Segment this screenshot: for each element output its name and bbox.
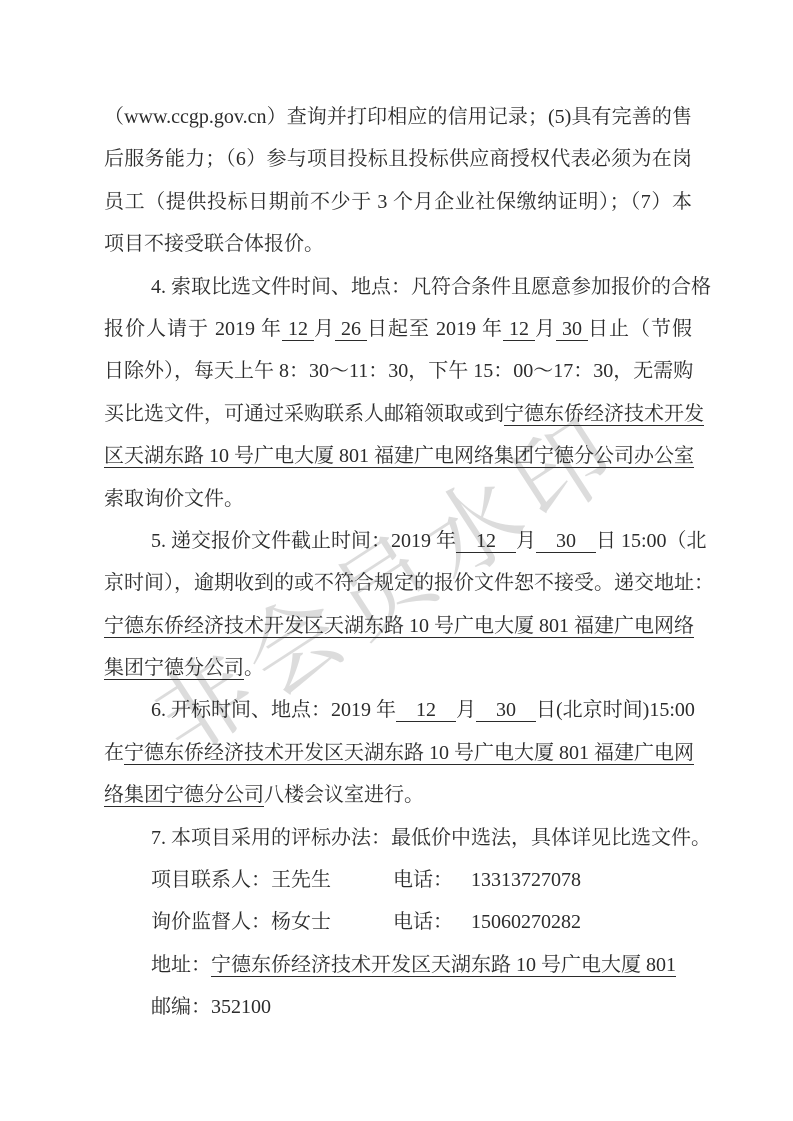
document-page: 非会员水印 （www.ccgp.gov.cn）查询并打印相应的信用记录；(5)具… (0, 0, 793, 1121)
document-line: 报价人请于 2019 年 12 月 26 日起至 2019 年 12 月 30 … (104, 308, 692, 350)
document-line: （www.ccgp.gov.cn）查询并打印相应的信用记录；(5)具有完善的售 (104, 96, 692, 138)
text-segment: 电话： (393, 911, 453, 933)
document-content: （www.ccgp.gov.cn）查询并打印相应的信用记录；(5)具有完善的售后… (104, 96, 692, 1029)
text-segment: 买比选文件，可通过采购联系人邮箱领取或到 (104, 403, 504, 425)
document-line: 项目不接受联合体报价。 (104, 223, 692, 265)
text-segment: 后服务能力；（6）参与项目投标且投标供应商授权代表必须为在岗 (104, 148, 692, 170)
document-line: 项目联系人：王先生电话：13313727078 (104, 859, 692, 901)
underlined-text: 30 (556, 318, 588, 340)
text-segment: 13313727078 (471, 869, 581, 891)
underlined-text: 12 (503, 318, 535, 340)
document-line: 集团宁德分公司。 (104, 647, 692, 689)
text-segment: 电话： (393, 869, 453, 891)
text-segment: 邮编：352100 (151, 996, 271, 1018)
underlined-text: 集团宁德分公司 (104, 657, 244, 679)
document-line: 区天湖东路 10 号广电大厦 801 福建广电网络集团宁德分公司办公室 (104, 435, 692, 477)
underlined-text: 12 (456, 530, 516, 552)
text-segment: 八楼会议室进行。 (264, 784, 424, 806)
underlined-text: 宁德东侨经济技术开发区天湖东路 10 号广电大厦 801 (211, 954, 676, 976)
text-segment: 员工（提供投标日期前不少于 3 个月企业社保缴纳证明）；（7）本 (104, 191, 692, 213)
document-line: 索取询价文件。 (104, 478, 692, 520)
text-segment: 。 (244, 657, 264, 679)
underlined-text: 络集团宁德分公司 (104, 784, 264, 806)
underlined-text: 宁德东侨经济技术开发区天湖东路 10 号广电大厦 801 福建广电网络 (104, 615, 694, 637)
text-segment: 地址： (151, 954, 211, 976)
text-segment: 月 (516, 530, 536, 552)
document-line: 员工（提供投标日期前不少于 3 个月企业社保缴纳证明）；（7）本 (104, 181, 692, 223)
document-line: 京时间），逾期收到的或不符合规定的报价文件恕不接受。递交地址： (104, 562, 692, 604)
underlined-text: 30 (536, 530, 596, 552)
underlined-text: 30 (476, 699, 536, 721)
document-line: 宁德东侨经济技术开发区天湖东路 10 号广电大厦 801 福建广电网络 (104, 605, 692, 647)
document-line: 在宁德东侨经济技术开发区天湖东路 10 号广电大厦 801 福建广电网 (104, 732, 692, 774)
underlined-text: 宁德东侨经济技术开发 (504, 403, 704, 425)
text-segment: 5. 递交报价文件截止时间：2019 年 (151, 530, 456, 552)
underlined-text: 宁德东侨经济技术开发区天湖东路 10 号广电大厦 801 福建广电网 (124, 742, 694, 764)
document-line: 络集团宁德分公司八楼会议室进行。 (104, 774, 692, 816)
document-line: 买比选文件，可通过采购联系人邮箱领取或到宁德东侨经济技术开发 (104, 393, 692, 435)
document-line: 询价监督人：杨女士电话：15060270282 (104, 901, 692, 943)
document-line: 6. 开标时间、地点：2019 年 12 月 30 日(北京时间)15:00 (104, 689, 692, 731)
text-segment: 报价人请于 2019 年 (104, 318, 282, 340)
text-segment: 月 (456, 699, 476, 721)
text-segment: 月 (314, 318, 335, 340)
document-line: 4. 索取比选文件时间、地点：凡符合条件且愿意参加报价的合格 (104, 266, 692, 308)
text-segment: 在 (104, 742, 124, 764)
document-line: 地址：宁德东侨经济技术开发区天湖东路 10 号广电大厦 801 (104, 944, 692, 986)
underlined-text: 26 (335, 318, 367, 340)
text-segment: 日(北京时间)15:00 (536, 699, 695, 721)
text-segment: 项目联系人：王先生 (151, 869, 331, 891)
text-segment: 索取询价文件。 (104, 488, 244, 510)
text-segment: 日起至 2019 年 (367, 318, 503, 340)
text-segment: 6. 开标时间、地点：2019 年 (151, 699, 396, 721)
text-segment: 月 (535, 318, 556, 340)
document-line: 7. 本项目采用的评标办法：最低价中选法，具体详见比选文件。 (104, 817, 692, 859)
document-line: 5. 递交报价文件截止时间：2019 年 12 月 30 日 15:00（北 (104, 520, 692, 562)
text-segment: （www.ccgp.gov.cn）查询并打印相应的信用记录；(5)具有完善的售 (104, 106, 692, 128)
document-line: 后服务能力；（6）参与项目投标且投标供应商授权代表必须为在岗 (104, 138, 692, 180)
text-segment: 日止（节假 (588, 318, 692, 340)
underlined-text: 区天湖东路 10 号广电大厦 801 福建广电网络集团宁德分公司办公室 (104, 445, 694, 467)
text-segment: 询价监督人：杨女士 (151, 911, 331, 933)
text-segment: 15060270282 (471, 911, 581, 933)
text-segment: 京时间），逾期收到的或不符合规定的报价文件恕不接受。递交地址： (104, 572, 714, 594)
underlined-text: 12 (282, 318, 314, 340)
document-line: 日除外），每天上午 8：30～11：30，下午 15：00～17：30，无需购 (104, 350, 692, 392)
text-segment: 项目不接受联合体报价。 (104, 233, 324, 255)
text-segment: 日除外），每天上午 8：30～11：30，下午 15：00～17：30，无需购 (104, 360, 693, 382)
text-segment: 4. 索取比选文件时间、地点：凡符合条件且愿意参加报价的合格 (151, 276, 711, 298)
underlined-text: 12 (396, 699, 456, 721)
text-segment: 7. 本项目采用的评标办法：最低价中选法，具体详见比选文件。 (151, 827, 711, 849)
text-segment: 日 15:00（北 (596, 530, 707, 552)
document-line: 邮编：352100 (104, 986, 692, 1028)
